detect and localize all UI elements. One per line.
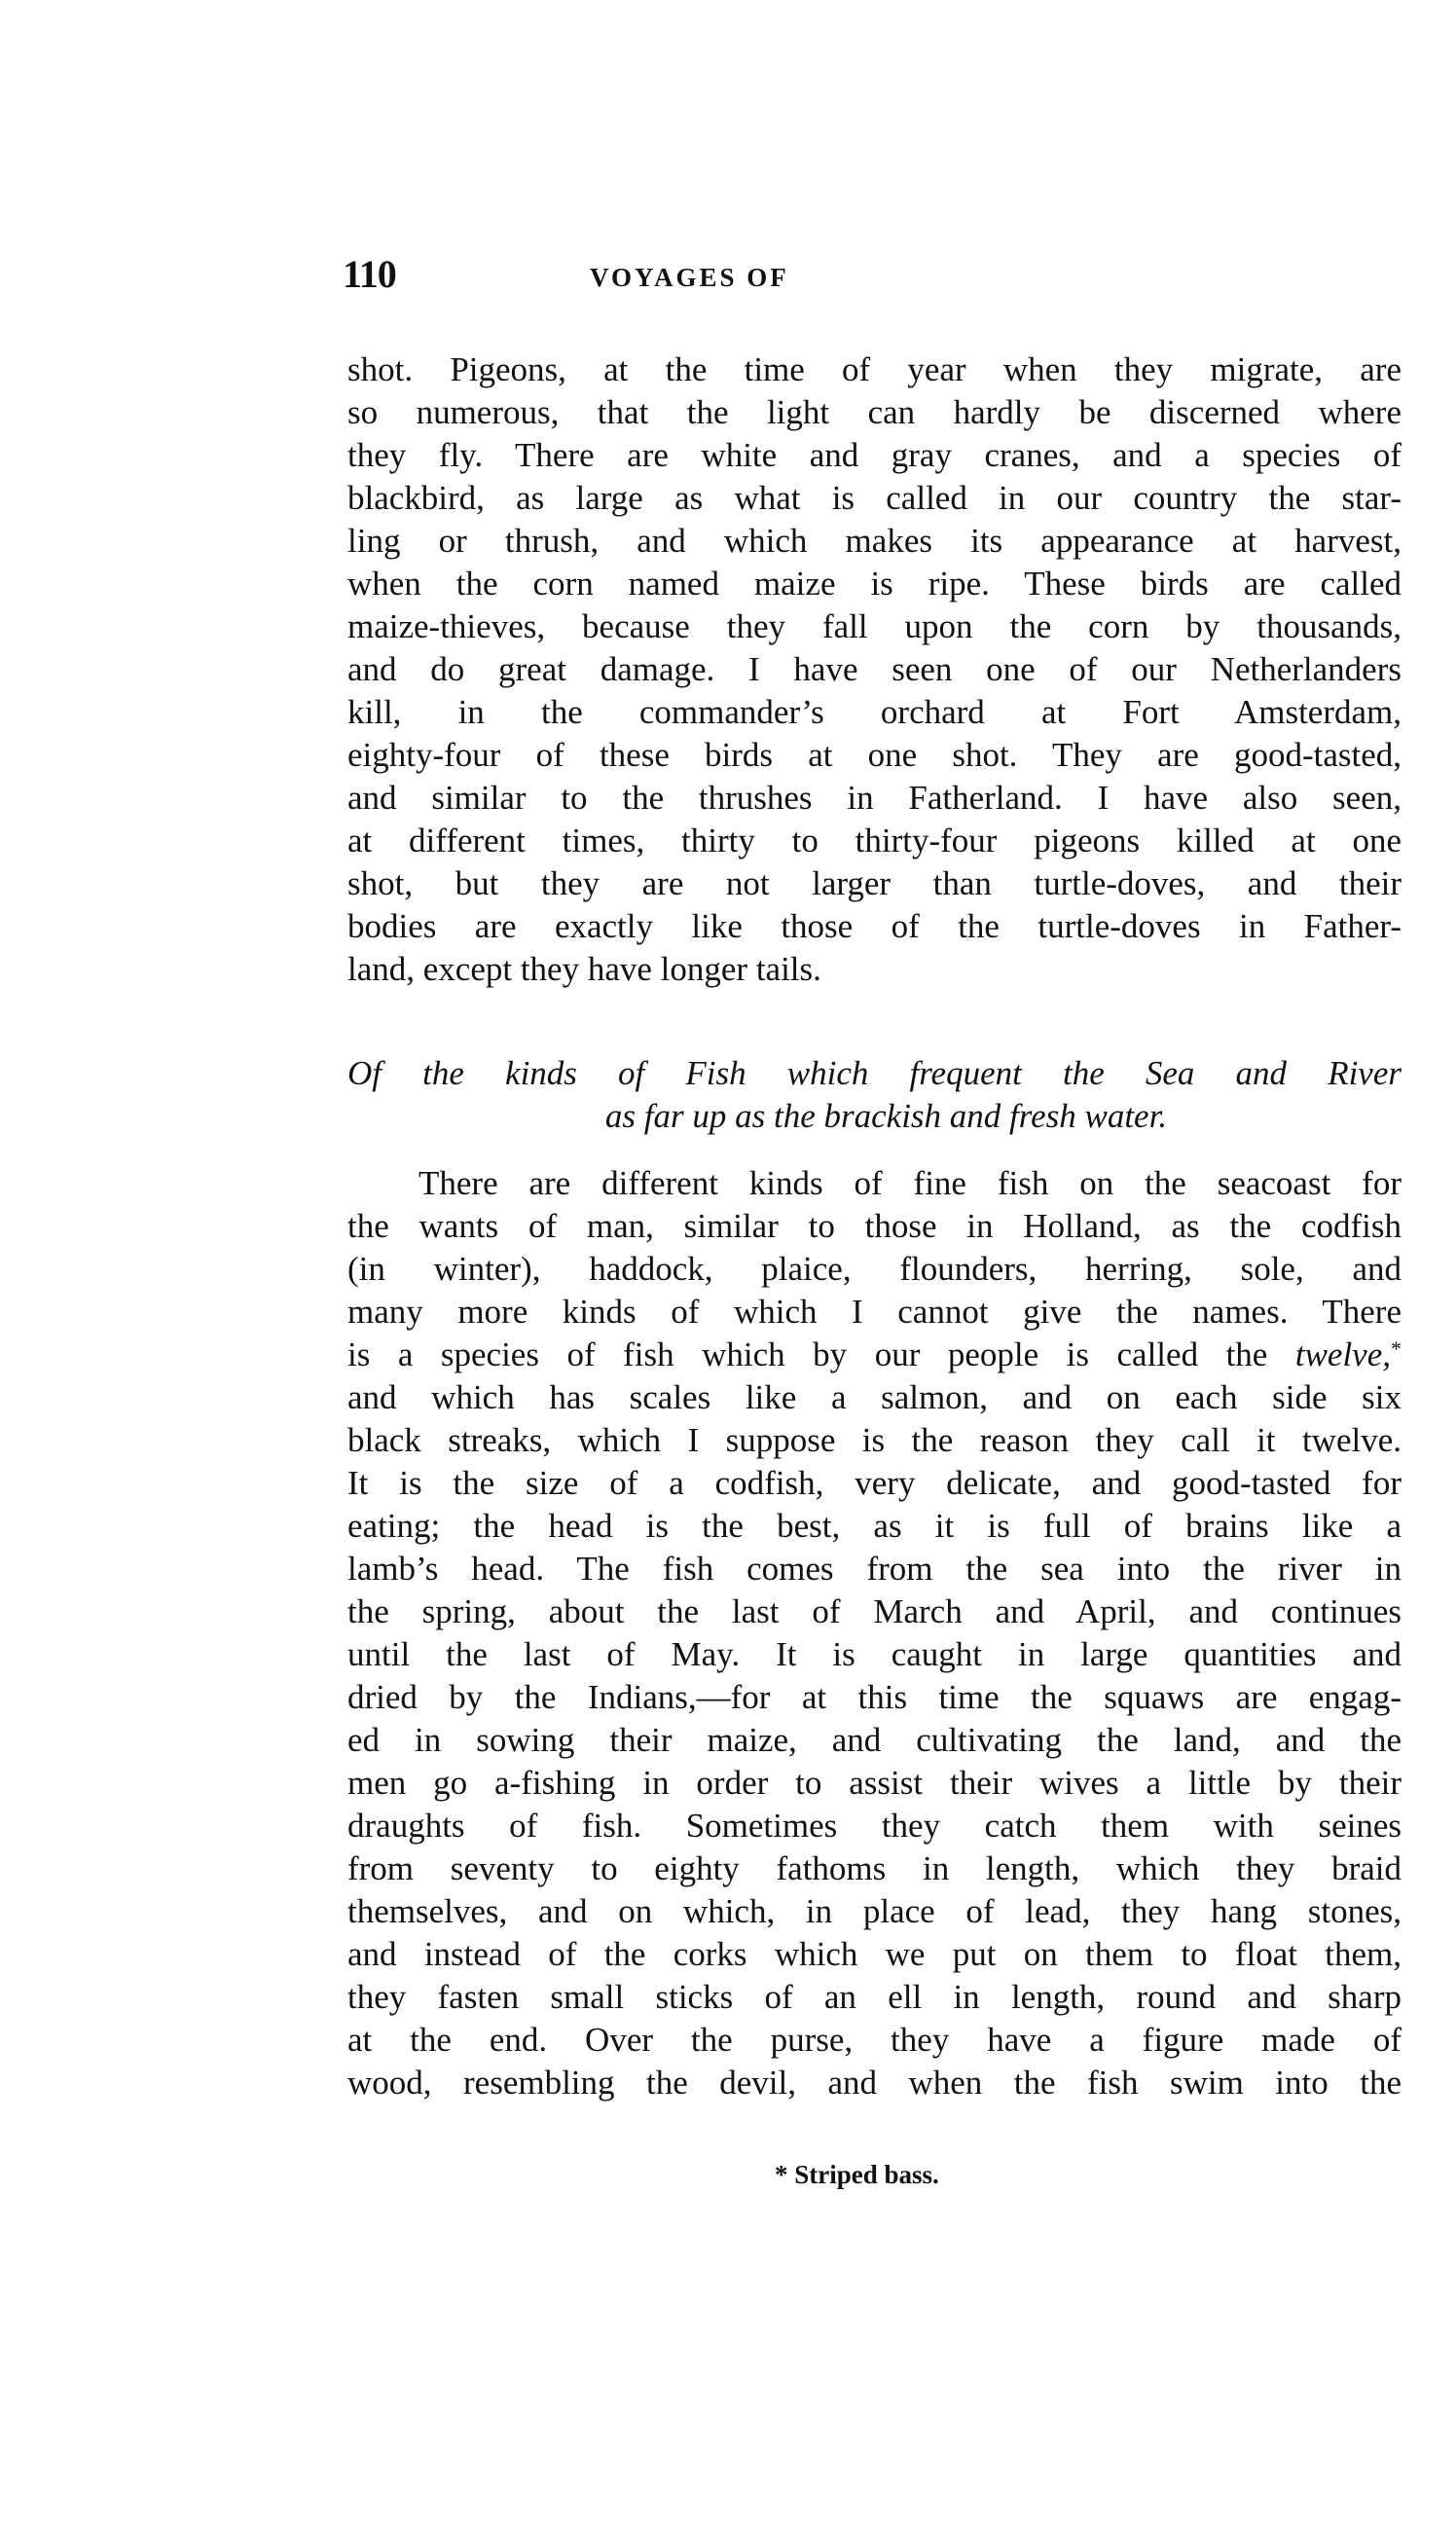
footnote: * Striped bass.	[775, 2160, 939, 2189]
text-line: wood, resembling the devil, and when the…	[347, 2062, 1401, 2104]
text-line: at the end. Over the purse, they have a …	[347, 2019, 1401, 2062]
text-line: many more kinds of which I cannot give t…	[347, 1291, 1401, 1334]
text-line: land, except they have longer tails.	[347, 948, 1401, 991]
text-fragment: is a species of fish which by our people…	[347, 1335, 1267, 1373]
text-line-with-term: is a species of fish which by our people…	[347, 1334, 1401, 1376]
text-line: maize-thieves, because they fall upon th…	[347, 605, 1401, 648]
text-line: black streaks, which I suppose is the re…	[347, 1419, 1401, 1462]
text-line: so numerous, that the light can hardly b…	[347, 391, 1401, 434]
paragraph-fish: There are different kinds of fine fish o…	[347, 1162, 1401, 2104]
text-line: eating; the head is the best, as it is f…	[347, 1505, 1401, 1548]
section-heading-line: as far up as the brackish and fresh wate…	[347, 1095, 1401, 1138]
text-line: men go a-fishing in order to assist thei…	[347, 1762, 1401, 1805]
page-number: 110	[343, 255, 396, 294]
text-line: lamb’s head. The fish comes from the sea…	[347, 1548, 1401, 1591]
footnote-reference[interactable]: *	[1391, 1336, 1401, 1361]
text-line: until the last of May. It is caught in l…	[347, 1633, 1401, 1676]
text-line: dried by the Indians,—for at this time t…	[347, 1676, 1401, 1719]
text-line: when the corn named maize is ripe. These…	[347, 563, 1401, 605]
text-line: shot, but they are not larger than turtl…	[347, 862, 1401, 905]
text-line: bodies are exactly like those of the tur…	[347, 905, 1401, 948]
text-line: they fly. There are white and gray crane…	[347, 434, 1401, 477]
text-line: the spring, about the last of March and …	[347, 1591, 1401, 1633]
text-line: There are different kinds of fine fish o…	[347, 1162, 1401, 1205]
text-line: and which has scales like a salmon, and …	[347, 1376, 1401, 1419]
text-line: themselves, and on which, in place of le…	[347, 1890, 1401, 1933]
text-line: draughts of fish. Sometimes they catch t…	[347, 1805, 1401, 1847]
text-line: and similar to the thrushes in Fatherlan…	[347, 777, 1401, 820]
running-head: VOYAGES OF	[590, 263, 789, 292]
text-line: at different times, thirty to thirty-fou…	[347, 820, 1401, 862]
paragraph-birds: shot. Pigeons, at the time of year when …	[347, 348, 1401, 991]
text-line: ed in sowing their maize, and cultivatin…	[347, 1719, 1401, 1762]
section-heading-line: Of the kinds of Fish which frequent the …	[347, 1052, 1401, 1095]
text-line: ling or thrush, and which makes its appe…	[347, 520, 1401, 563]
text-line: and instead of the corks which we put on…	[347, 1933, 1401, 1976]
text-line: blackbird, as large as what is called in…	[347, 477, 1401, 520]
text-line: It is the size of a codfish, very delica…	[347, 1462, 1401, 1505]
text-line: and do great damage. I have seen one of …	[347, 648, 1401, 691]
italic-term: twelve,	[1295, 1335, 1391, 1373]
text-line: (in winter), haddock, plaice, flounders,…	[347, 1248, 1401, 1291]
section-heading: Of the kinds of Fish which frequent the …	[347, 1052, 1401, 1138]
text-line: eighty-four of these birds at one shot. …	[347, 734, 1401, 777]
text-line: shot. Pigeons, at the time of year when …	[347, 348, 1401, 391]
text-line: they fasten small sticks of an ell in le…	[347, 1976, 1401, 2019]
book-page: 110 VOYAGES OF shot. Pigeons, at the tim…	[0, 0, 1456, 2523]
text-line: the wants of man, similar to those in Ho…	[347, 1205, 1401, 1248]
text-line: from seventy to eighty fathoms in length…	[347, 1847, 1401, 1890]
text-line: kill, in the commander’s orchard at Fort…	[347, 691, 1401, 734]
